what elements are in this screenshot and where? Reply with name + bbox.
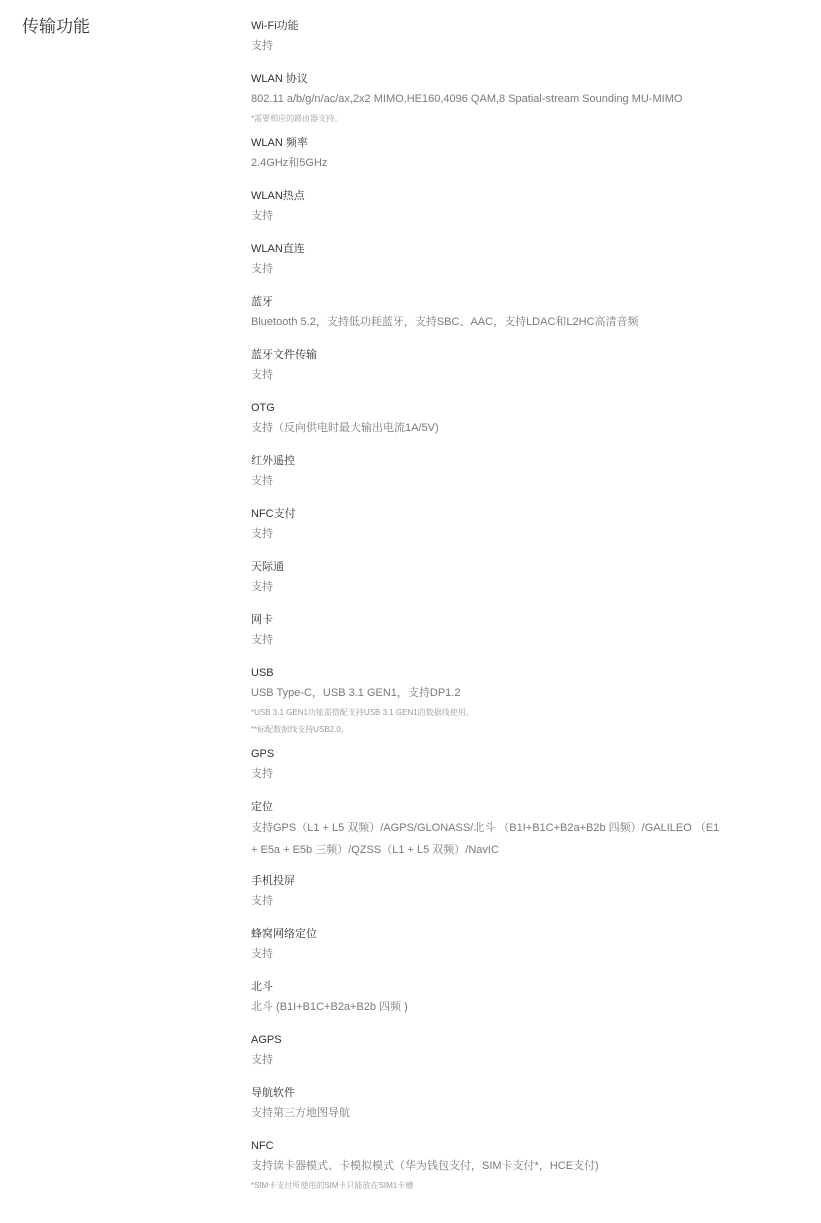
spec-label: WLAN热点 [251, 186, 731, 206]
spec-label: 蓝牙文件传输 [251, 345, 731, 365]
spec-value: 支持 [251, 206, 731, 227]
spec-item-wlan-hotspot: WLAN热点 支持 [251, 186, 731, 239]
spec-value: 支持 [251, 944, 731, 965]
spec-note: **标配数据线支持USB2.0。 [251, 721, 731, 738]
spec-value: 支持 [251, 36, 731, 57]
spec-item-skytone: 天际通 支持 [251, 557, 731, 610]
spec-label: 定位 [251, 797, 731, 817]
spec-label: 蜂窝网络定位 [251, 924, 731, 944]
spec-value: USB Type-C，USB 3.1 GEN1，支持DP1.2 [251, 683, 731, 704]
spec-label: WLAN 频率 [251, 133, 731, 153]
spec-value: 支持 [251, 259, 731, 280]
spec-value: 支持 [251, 1050, 731, 1071]
spec-item-nfc: NFC 支持读卡器模式、卡模拟模式（华为钱包支付，SIM卡支付*，HCE支付) … [251, 1136, 731, 1194]
spec-list: Wi-Fi功能 支持 WLAN 协议 802.11 a/b/g/n/ac/ax,… [251, 16, 731, 1194]
spec-item-wlan-frequency: WLAN 频率 2.4GHz和5GHz [251, 133, 731, 186]
spec-label: 蓝牙 [251, 292, 731, 312]
spec-item-beidou: 北斗 北斗 (B1I+B1C+B2a+B2b 四频 ) [251, 977, 731, 1030]
spec-item-positioning: 定位 支持GPS（L1 + L5 双频）/AGPS/GLONASS/北斗 （B1… [251, 797, 731, 871]
spec-value: Bluetooth 5.2，支持低功耗蓝牙，支持SBC、AAC，支持LDAC和L… [251, 312, 731, 333]
spec-value: 2.4GHz和5GHz [251, 153, 731, 174]
spec-value: 支持读卡器模式、卡模拟模式（华为钱包支付，SIM卡支付*，HCE支付) [251, 1156, 731, 1177]
spec-label: OTG [251, 398, 731, 418]
spec-value: 支持 [251, 524, 731, 545]
spec-label: 红外遥控 [251, 451, 731, 471]
spec-item-nfc-payment: NFC支付 支持 [251, 504, 731, 557]
spec-item-navigation-software: 导航软件 支持第三方地图导航 [251, 1083, 731, 1136]
spec-item-wifi: Wi-Fi功能 支持 [251, 16, 731, 69]
spec-item-agps: AGPS 支持 [251, 1030, 731, 1083]
spec-item-wlan-protocol: WLAN 协议 802.11 a/b/g/n/ac/ax,2x2 MIMO,HE… [251, 69, 731, 133]
spec-item-network-card: 网卡 支持 [251, 610, 731, 663]
spec-value: 支持GPS（L1 + L5 双频）/AGPS/GLONASS/北斗 （B1I+B… [251, 817, 721, 861]
spec-value: 支持第三方地图导航 [251, 1103, 731, 1124]
section-title: 传输功能 [22, 15, 90, 39]
spec-label: 导航软件 [251, 1083, 731, 1103]
spec-note: *需要相应的路由器支持。 [251, 110, 731, 127]
spec-note: *USB 3.1 GEN1功能需搭配支持USB 3.1 GEN1的数据线使用。 [251, 704, 731, 721]
spec-label: AGPS [251, 1030, 731, 1050]
transmission-section: 传输功能 Wi-Fi功能 支持 WLAN 协议 802.11 a/b/g/n/a… [0, 0, 821, 1223]
spec-item-wlan-direct: WLAN直连 支持 [251, 239, 731, 292]
spec-value: 支持 [251, 891, 731, 912]
spec-value: 支持 [251, 577, 731, 598]
spec-label: 手机投屏 [251, 871, 731, 891]
spec-note: *SIM卡支付所使用的SIM卡只能放在SIM1卡槽 [251, 1177, 731, 1194]
spec-label: NFC [251, 1136, 731, 1156]
spec-label: NFC支付 [251, 504, 731, 524]
spec-item-bluetooth: 蓝牙 Bluetooth 5.2，支持低功耗蓝牙，支持SBC、AAC，支持LDA… [251, 292, 731, 345]
spec-item-cellular-positioning: 蜂窝网络定位 支持 [251, 924, 731, 977]
spec-value: 支持（反向供电时最大输出电流1A/5V) [251, 418, 731, 439]
spec-label: GPS [251, 744, 731, 764]
spec-item-screen-projection: 手机投屏 支持 [251, 871, 731, 924]
spec-item-infrared-remote: 红外遥控 支持 [251, 451, 731, 504]
spec-item-gps: GPS 支持 [251, 744, 731, 797]
spec-label: USB [251, 663, 731, 683]
spec-label: 网卡 [251, 610, 731, 630]
spec-value: 北斗 (B1I+B1C+B2a+B2b 四频 ) [251, 997, 731, 1018]
spec-value: 支持 [251, 630, 731, 651]
spec-item-otg: OTG 支持（反向供电时最大输出电流1A/5V) [251, 398, 731, 451]
spec-label: Wi-Fi功能 [251, 16, 731, 36]
spec-label: WLAN直连 [251, 239, 731, 259]
spec-label: 北斗 [251, 977, 731, 997]
spec-item-usb: USB USB Type-C，USB 3.1 GEN1，支持DP1.2 *USB… [251, 663, 731, 744]
spec-label: WLAN 协议 [251, 69, 731, 89]
spec-item-bluetooth-file-transfer: 蓝牙文件传输 支持 [251, 345, 731, 398]
spec-value: 802.11 a/b/g/n/ac/ax,2x2 MIMO,HE160,4096… [251, 89, 731, 110]
spec-value: 支持 [251, 365, 731, 386]
spec-value: 支持 [251, 471, 731, 492]
spec-value: 支持 [251, 764, 731, 785]
spec-label: 天际通 [251, 557, 731, 577]
